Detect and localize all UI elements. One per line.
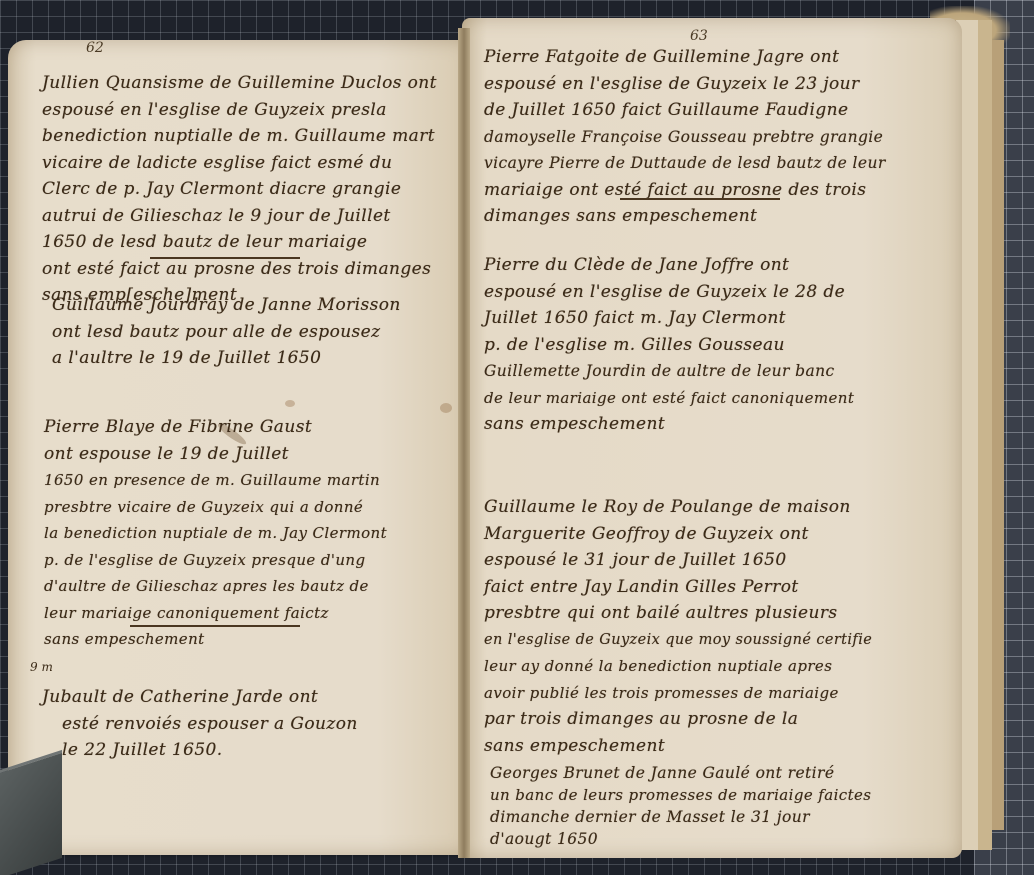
register-entry: Georges Brunet de Janne Gaulé ont retiré… [490,762,871,850]
entry-line: en l'esglise de Guyzeix que moy soussign… [484,627,872,654]
entry-end-rule [150,257,300,259]
entry-line: p. de l'esglise m. Gilles Gousseau [484,332,854,359]
entry-end-rule [620,198,780,200]
register-entry: Jubault de Catherine Jarde ont esté renv… [42,684,358,764]
entry-line: dimanche dernier de Masset le 31 jour [490,806,871,828]
register-entry: Guillaume Jourdray de Janne Morisson ont… [52,292,401,372]
entry-line: d'aougt 1650 [490,828,871,850]
folio-number-right: 63 [690,28,708,44]
entry-line: leur mariaige canoniquement faictz [44,600,387,627]
entry-line: presbtre qui ont bailé aultres plusieurs [484,600,872,627]
entry-line: de leur mariaige ont esté faict canoniqu… [484,385,854,412]
entry-line: le 22 Juillet 1650. [42,737,358,764]
entry-line: 1650 en presence de m. Guillaume martin [44,467,387,494]
margin-note: 9 m [30,660,53,674]
entry-line: Marguerite Geoffroy de Guyzeix ont [484,521,872,548]
entry-line: Guillaume le Roy de Poulange de maison [484,494,872,521]
entry-line: Guillaume Jourdray de Janne Morisson [52,292,401,319]
entry-line: Clerc de p. Jay Clermont diacre grangie [42,176,437,203]
entry-line: avoir publié les trois promesses de mari… [484,680,872,707]
entry-line: ont lesd bautz pour alle de espousez [52,319,401,346]
register-entry: Pierre Fatgoite de Guillemine Jagre ont … [484,44,886,230]
entry-line: p. de l'esglise de Guyzeix presque d'ung [44,547,387,574]
entry-line: Juillet 1650 faict m. Jay Clermont [484,305,854,332]
entry-line: par trois dimanges au prosne de la [484,706,872,733]
entry-line: Jullien Quansisme de Guillemine Duclos o… [42,70,437,97]
entry-line: leur ay donné la benediction nuptiale ap… [484,653,872,680]
entry-line: Pierre Fatgoite de Guillemine Jagre ont [484,44,886,71]
register-entry: Pierre Blaye de Fibrine Gaust ont espous… [44,414,387,653]
entry-line: espousé en l'esglise de Guyzeix presla [42,97,437,124]
entry-line: vicaire de ladicte esglise faict esmé du [42,150,437,177]
entry-line: esté renvoiés espouser a Gouzon [42,711,358,738]
entry-end-rule [130,625,300,627]
entry-line: sans empeschement [44,626,387,653]
page-weight-clip [0,750,62,875]
entry-line: autrui de Gilieschaz le 9 jour de Juille… [42,203,437,230]
entry-line: faict entre Jay Landin Gilles Perrot [484,574,872,601]
register-entry: Jullien Quansisme de Guillemine Duclos o… [42,70,437,309]
book-gutter [458,28,470,858]
entry-line: a l'aultre le 19 de Juillet 1650 [52,345,401,372]
entry-line: ont espouse le 19 de Juillet [44,441,387,468]
entry-line: espousé en l'esglise de Guyzeix le 28 de [484,279,854,306]
entry-line: dimanges sans empeschement [484,203,886,230]
entry-line: la benediction nuptiale de m. Jay Clermo… [44,520,387,547]
entry-line: Georges Brunet de Janne Gaulé ont retiré [490,762,871,784]
entry-line: de Juillet 1650 faict Guillaume Faudigne [484,97,886,124]
entry-line: 1650 de lesd bautz de leur mariaige [42,229,437,256]
entry-line: un banc de leurs promesses de mariaige f… [490,784,871,806]
entry-line: Pierre Blaye de Fibrine Gaust [44,414,387,441]
entry-line: vicayre Pierre de Duttaude de lesd bautz… [484,150,886,177]
folio-number-left: 62 [86,40,104,56]
entry-line: espousé en l'esglise de Guyzeix le 23 jo… [484,71,886,98]
entry-line: benediction nuptialle de m. Guillaume ma… [42,123,437,150]
entry-line: presbtre vicaire de Guyzeix qui a donné [44,494,387,521]
entry-line: sans empeschement [484,733,872,760]
entry-line: Jubault de Catherine Jarde ont [42,684,358,711]
ink-stain [440,403,452,413]
register-entry: Guillaume le Roy de Poulange de maison M… [484,494,872,759]
entry-line: espousé le 31 jour de Juillet 1650 [484,547,872,574]
ink-stain [285,400,295,407]
register-entry: Pierre du Clède de Jane Joffre ont espou… [484,252,854,438]
entry-line: ont esté faict au prosne des trois diman… [42,256,437,283]
entry-line: damoyselle Françoise Gousseau prebtre gr… [484,124,886,151]
entry-line: d'aultre de Gilieschaz apres les bautz d… [44,573,387,600]
entry-line: sans empeschement [484,411,854,438]
entry-line: Guillemette Jourdin de aultre de leur ba… [484,358,854,385]
entry-line: Pierre du Clède de Jane Joffre ont [484,252,854,279]
